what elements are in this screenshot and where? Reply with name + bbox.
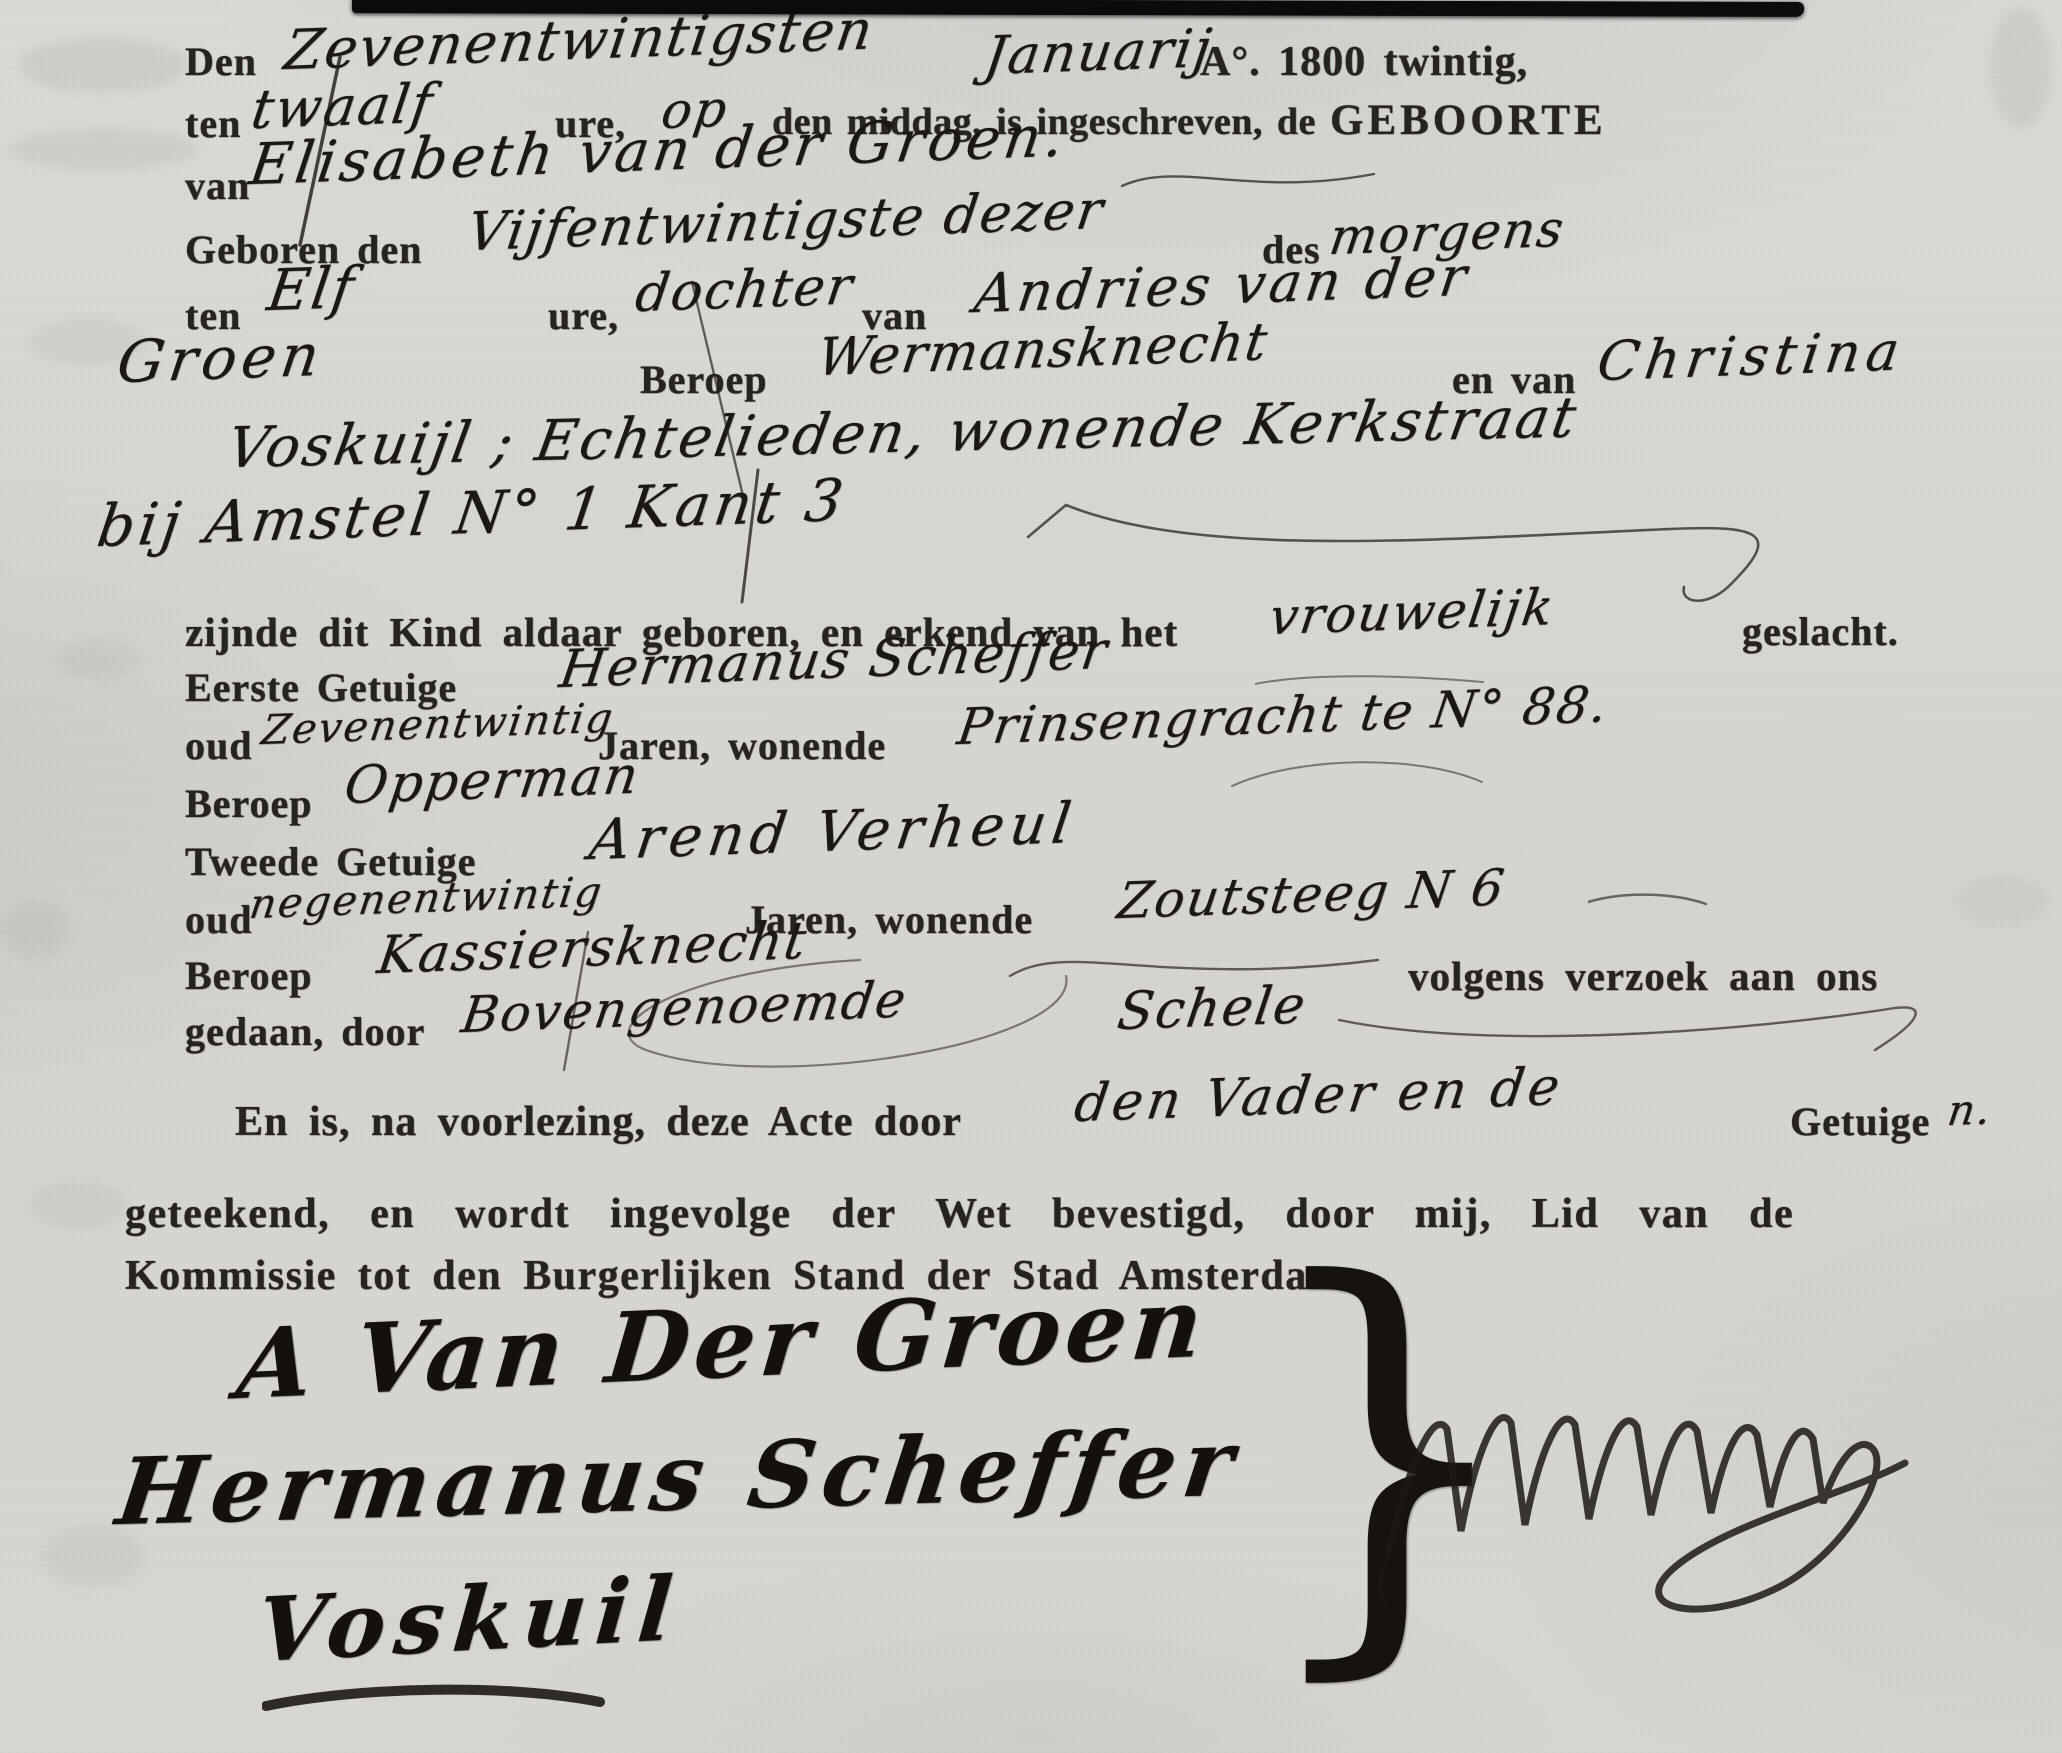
printed-volgens-verzoek: volgens verzoek aan ons bbox=[1408, 952, 1878, 1000]
handwritten-dochter: dochter bbox=[632, 256, 858, 324]
ghost-mark bbox=[55, 640, 140, 680]
handwritten-mother-firstname: Christina bbox=[1594, 319, 1910, 393]
handwritten-mother-surname-residence: Voskuijl ; Echtelieden, wonende Kerkstra… bbox=[222, 385, 1583, 481]
handwritten-birth-hour: Elf bbox=[263, 255, 359, 324]
printed-ten: ten bbox=[185, 100, 241, 147]
handwritten-month: Januarij bbox=[981, 18, 1217, 87]
handwritten-address-amstel: bij Amstel N° 1 Kant 3 bbox=[93, 466, 851, 561]
printed-beroep-father: Beroep bbox=[640, 356, 767, 403]
printed-geslacht: geslacht. bbox=[1742, 608, 1899, 655]
ink-flourish bbox=[1588, 888, 1713, 916]
ghost-mark bbox=[18, 38, 188, 93]
printed-getuige: Getuige bbox=[1790, 1098, 1930, 1145]
handwritten-witness1-occupation: Opperman bbox=[341, 746, 644, 817]
printed-beroep2: Beroep bbox=[185, 952, 312, 999]
birth-record-scan: Den Zevenentwintigsten Januarij A°. 1800… bbox=[0, 0, 2062, 1753]
handwritten-birth-day: Vijfentwintigste dezer bbox=[464, 180, 1109, 264]
handwritten-signed-by: den Vader en de bbox=[1071, 1057, 1567, 1134]
signature-first-witness: Hermanus Scheffer bbox=[111, 1408, 1246, 1546]
closing-text-line1: geteekend, en wordt ingevolge der Wet be… bbox=[125, 1190, 1794, 1238]
printed-van: van bbox=[185, 162, 250, 209]
handwritten-witness2-address: Zoutsteeg N 6 bbox=[1114, 858, 1509, 930]
signature-brace: } bbox=[1252, 1228, 1526, 1680]
printed-oud2: oud bbox=[185, 896, 253, 943]
ink-flourish bbox=[1228, 752, 1490, 800]
printed-ure2: ure, bbox=[548, 292, 619, 339]
ghost-mark bbox=[8, 128, 198, 170]
ghost-mark bbox=[28, 1180, 128, 1230]
handwritten-second-witness: Arend Verheul bbox=[585, 791, 1080, 873]
ghost-mark bbox=[0, 900, 70, 960]
printed-year: A°. 1800 twintig, bbox=[1200, 38, 1528, 86]
handwritten-requested-by-name: Schele bbox=[1114, 975, 1311, 1042]
signature-mother: Voskuil bbox=[253, 1556, 685, 1683]
printed-gedaan-door: gedaan, door bbox=[185, 1008, 425, 1055]
ink-flourish bbox=[1118, 156, 1388, 211]
handwritten-witness1-address: Prinsengracht te N° 88. bbox=[954, 675, 1613, 756]
handwritten-gender: vrouwelijk bbox=[1266, 578, 1559, 646]
printed-geboorte: GEBOORTE bbox=[1330, 96, 1607, 145]
printed-beroep1: Beroep bbox=[185, 780, 312, 827]
signature-underline-flourish bbox=[262, 1682, 607, 1718]
handwritten-requested-by: Bovengenoemde bbox=[458, 970, 911, 1044]
printed-den: Den bbox=[185, 38, 257, 85]
handwritten-getuigen-n: n. bbox=[1945, 1084, 1996, 1135]
handwritten-witness2-occupation: Kassiersknecht bbox=[374, 911, 812, 986]
ghost-mark bbox=[1990, 8, 2052, 128]
ghost-mark bbox=[1955, 875, 2050, 927]
handwritten-father-surname: Groen bbox=[113, 321, 328, 397]
printed-oud1: oud bbox=[185, 722, 253, 769]
printed-acte-door: En is, na voorlezing, deze Acte door bbox=[235, 1098, 962, 1146]
